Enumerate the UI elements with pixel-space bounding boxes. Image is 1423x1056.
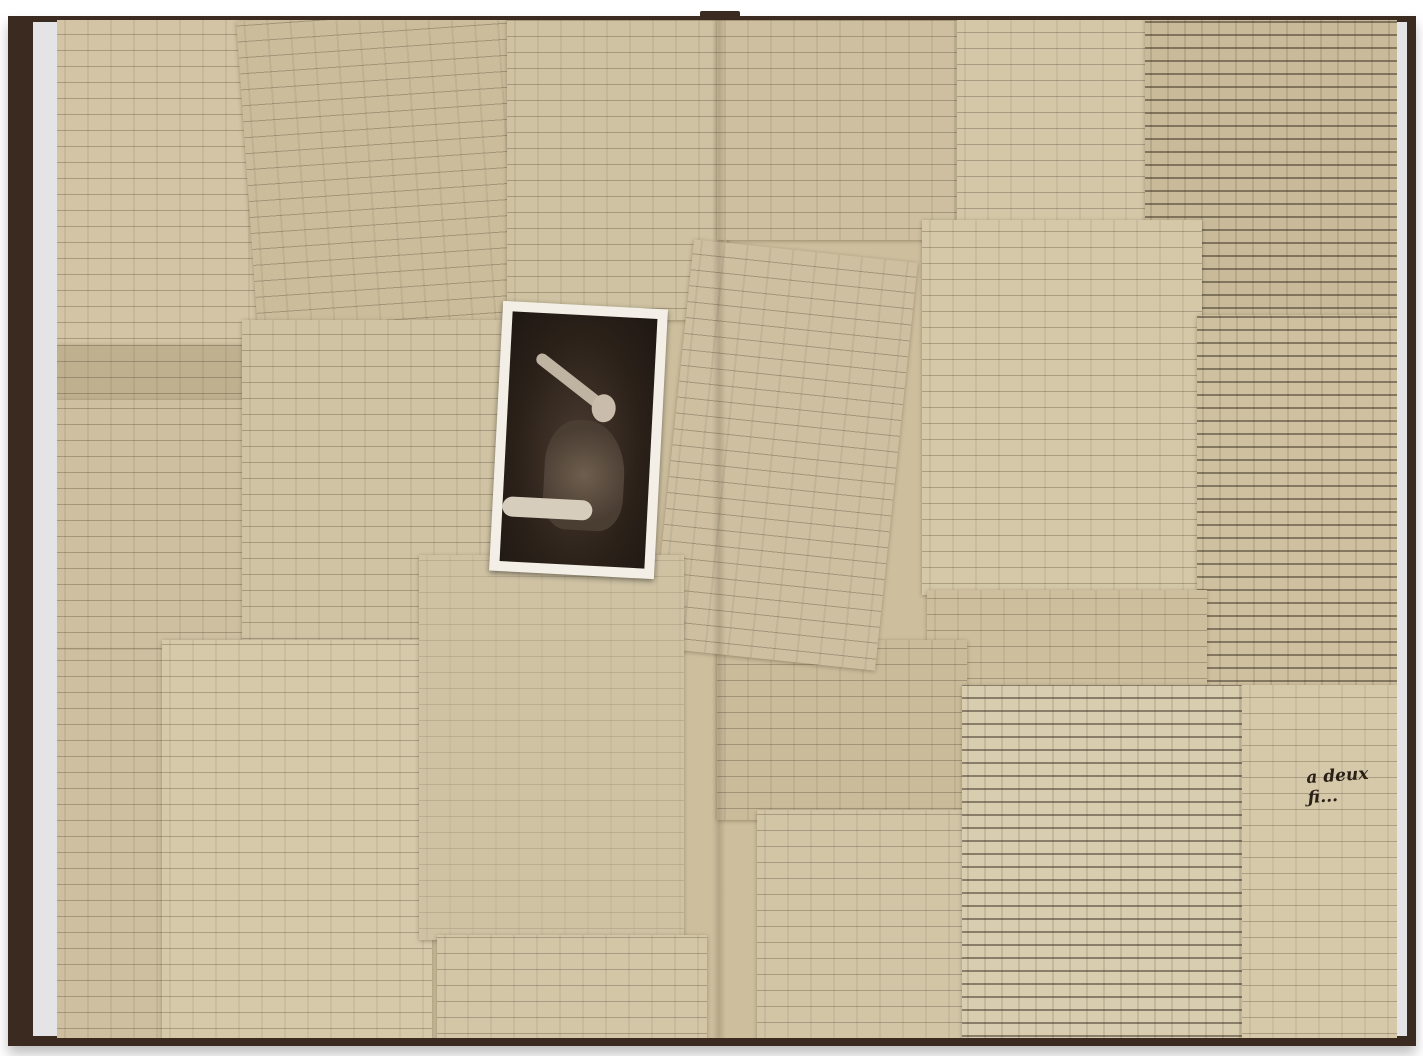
page-edges-right [1397, 22, 1407, 1036]
photo-image [500, 311, 658, 568]
book-gutter [712, 20, 726, 1038]
handwritten-fragment: a deux ƒi... [1306, 762, 1397, 808]
figure-head [591, 394, 616, 423]
book-spine-top [700, 11, 740, 19]
letter-sheet [57, 650, 177, 1038]
vintage-photograph [489, 301, 668, 579]
letter-sheet [1242, 685, 1397, 1038]
letter-sheet [162, 640, 432, 1038]
letter-sheet [927, 590, 1207, 690]
figure-legs [502, 496, 593, 521]
letter-sheet [757, 810, 967, 1038]
letter-sheet [437, 935, 707, 1038]
letter-sheet [57, 345, 247, 405]
letter-sheet [957, 20, 1157, 220]
letter-sheet [57, 400, 257, 660]
book-spread: a deux ƒi... [57, 20, 1397, 1038]
letter-sheet [717, 20, 957, 240]
letter-sheet [419, 555, 684, 940]
page-edges-left [33, 22, 57, 1036]
letter-sheet [962, 685, 1242, 1038]
letter-sheet [651, 239, 918, 670]
letter-sheet [922, 220, 1202, 595]
letter-sheet [1197, 315, 1397, 690]
